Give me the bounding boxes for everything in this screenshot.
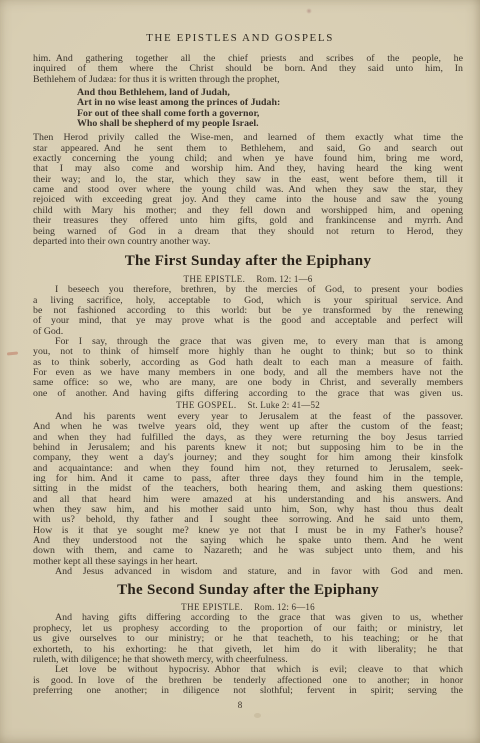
running-header: THE EPISTLES AND GOSPELS [0,0,480,45]
paragraph-line: that I may also come and worship him. An… [33,164,463,174]
paragraph-line: mother kept all these sayings in her hea… [33,557,463,567]
paragraph-line: and when they had fulfilled the days, as… [33,433,463,443]
scripture-reference: Rom. 12: 6—16 [254,602,315,612]
paragraph: Let love be without hypocrisy. Abhor tha… [33,665,463,696]
paragraph-line: Let love be without hypocrisy. Abhor tha… [33,665,463,675]
verse-line: Who shall be shepherd of my people Israe… [77,119,463,129]
paragraph-line: preferring one another; in diligence not… [33,686,463,696]
paragraph-line: us give ourselves to our ministry; or he… [33,634,463,644]
paragraph-line: inquired of them where the Christ should… [33,64,463,74]
paragraph: Then Herod privily called the Wise-men, … [33,133,463,247]
section-heading: The First Sunday after the Epiphany [33,253,463,270]
paragraph-line: And they understood not the saying which… [33,536,463,546]
paragraph-line: him. And gathering together all the chie… [33,54,463,64]
verse-line: And thou Bethlehem, land of Judah, [77,88,463,98]
book-page: THE EPISTLES AND GOSPELS him. And gather… [0,0,480,743]
scripture-label: THE GOSPEL. [176,400,236,410]
paragraph-line: And when he was twelve years old, they w… [33,422,463,432]
scripture-reference: St. Luke 2: 41—52 [248,400,320,410]
paragraph-line: exactly concerning the young child; and … [33,154,463,164]
paragraph-line: behind in Jerusalem; and his parents kne… [33,443,463,453]
paragraph-line: and all that heard him were amazed at hi… [33,495,463,505]
print-blemish-left-margin [7,351,18,355]
verse-line: For out of thee shall come forth a gover… [77,109,463,119]
paragraph-line: same office: so we, who are many, are on… [33,378,463,388]
paragraph-line: Then Herod privily called the Wise-men, … [33,133,463,143]
paragraph-line: their way; and lo, the star, which they … [33,175,463,185]
scripture-label: THE EPISTLE. [181,602,243,612]
paragraph-line: And having gifts differing according to … [33,613,463,623]
paragraph-line: a living sacrifice, holy, acceptable to … [33,296,463,306]
paragraph-line: one of another. And having gifts differi… [33,389,463,399]
paragraph-line: came and stood over where the young chil… [33,185,463,195]
paragraph-line: as to think soberly, according as God ha… [33,358,463,368]
paragraph: For I say, through the grace that was gi… [33,337,463,399]
scripture-subheading: THE GOSPEL.St. Luke 2: 41—52 [33,400,463,411]
paragraph-line: And Jesus advanced in wisdom and stature… [33,567,463,577]
paragraph-line: departed into their own country another … [33,237,463,247]
scripture-subheading: THE EPISTLE.Rom. 12: 6—16 [33,602,463,613]
paragraph-line: prophecy, let us prophesy according to t… [33,624,463,634]
paragraph-line: you, not to think of himself more highly… [33,347,463,357]
page-content: him. And gathering together all the chie… [33,54,463,696]
paragraph: And having gifts differing according to … [33,613,463,665]
paragraph-line: ing for him. And it came to pass, after … [33,474,463,484]
verse-block: And thou Bethlehem, land of Judah,Art in… [33,88,463,129]
paragraph-line: rejoiced with exceeding great joy. And t… [33,195,463,205]
verse-line: Art in no wise least among the princes o… [77,98,463,108]
paragraph-line: being warned of God in a dream that they… [33,227,463,237]
paragraph: And Jesus advanced in wisdom and stature… [33,567,463,577]
paragraph-line: For I say, through the grace that was gi… [33,337,463,347]
paragraph-line: be not fashioned according to this world… [33,306,463,316]
paragraph-line: their treasures they offered unto him gi… [33,216,463,226]
paragraph-line: star appeared. And he sent them to Bethl… [33,144,463,154]
paragraph-line: and acquaintance: and when they found hi… [33,464,463,474]
paragraph: And his parents went every year to Jerus… [33,412,463,567]
paragraph-line: of God. [33,327,463,337]
paragraph-line: ruleth, with diligence; he that showeth … [33,655,463,665]
paragraph-line: For even as we have many members in one … [33,368,463,378]
paragraph-line: of your mind, that ye may prove what is … [33,316,463,326]
scripture-reference: Rom. 12: 1—6 [256,274,312,284]
scripture-subheading: THE EPISTLE.Rom. 12: 1—6 [33,274,463,285]
paragraph-line: And his parents went every year to Jerus… [33,412,463,422]
paragraph: him. And gathering together all the chie… [33,54,463,85]
page-number: 8 [0,700,480,710]
paragraph-line: How is it that ye sought me? knew ye not… [33,526,463,536]
paragraph-line: child with Mary his mother; and they fel… [33,206,463,216]
print-blemish-bottom [254,713,261,718]
paragraph-line: company, they went a day's journey; and … [33,453,463,463]
paragraph-line: when they saw him, and his mother said u… [33,505,463,515]
paragraph-line: I beseech you therefore, brethren, by th… [33,285,463,295]
scripture-label: THE EPISTLE. [184,274,246,284]
section-heading: The Second Sunday after the Epiphany [33,582,463,599]
paragraph: I beseech you therefore, brethren, by th… [33,285,463,337]
paragraph-line: is good. In love of the brethren be tend… [33,676,463,686]
paragraph-line: down with them, and came to Nazareth; an… [33,546,463,556]
paragraph-line: exhorteth, to his exhorting: he that giv… [33,645,463,655]
paragraph-line: with us? behold, thy father and I sought… [33,515,463,525]
paragraph-line: sitting in the midst of the teachers, bo… [33,484,463,494]
paragraph-line: Bethlehem of Judæa: for thus it is writt… [33,75,463,85]
